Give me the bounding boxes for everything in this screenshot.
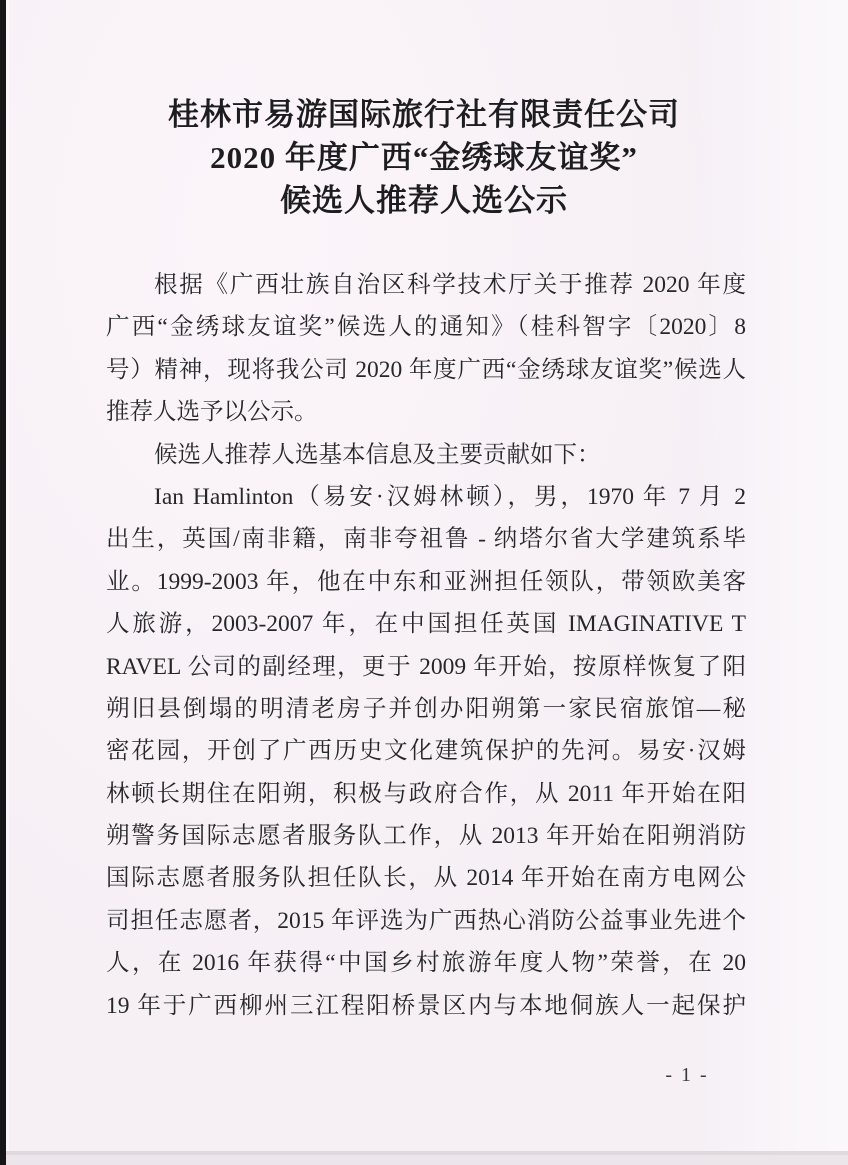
text-line: 根据《广西壮族自治区科学技术厅关于推荐 2020 年度 [106, 264, 746, 306]
page-number: - 1 - [642, 1064, 732, 1087]
text-line: 司担任志愿者，2015 年评选为广西热心消防公益事业先进个 [106, 900, 746, 942]
text-line: 林顿长期住在阳朔，积极与政府合作，从 2011 年开始在阳 [106, 773, 746, 815]
scan-edge-left-highlight [6, 0, 9, 1165]
body-text: 根据《广西壮族自治区科学技术厅关于推荐 2020 年度广西“金绣球友谊奖”候选人… [106, 264, 746, 1027]
text-line: 业。1999-2003 年，他在中东和亚洲担任领队，带领欧美客 [106, 561, 746, 603]
text-line: 密花园，开创了广西历史文化建筑保护的先河。易安·汉姆 [106, 730, 746, 772]
text-line: 朔旧县倒塌的明清老房子并创办阳朔第一家民宿旅馆—秘 [106, 688, 746, 730]
text-line: 国际志愿者服务队担任队长，从 2014 年开始在南方电网公 [106, 857, 746, 899]
scanned-document: { "page": { "paper_color": "#f6f0f5", "t… [0, 0, 848, 1165]
text-line: 号）精神，现将我公司 2020 年度广西“金绣球友谊奖”候选人 [106, 349, 746, 391]
text-line: Ian Hamlinton（易安·汉姆林顿），男，1970 年 7 月 2 [106, 476, 746, 518]
text-line: 广西“金绣球友谊奖”候选人的通知》（桂科智字〔2020〕8 [106, 306, 746, 348]
text-line: 朔警务国际志愿者服务队工作，从 2013 年开始在阳朔消防 [106, 815, 746, 857]
title-line-notice: 候选人推荐人选公示 [20, 179, 828, 222]
text-line: 19 年于广西柳州三江程阳桥景区内与本地侗族人一起保护 [106, 985, 746, 1027]
text-line: 候选人推荐人选基本信息及主要贡献如下： [106, 434, 746, 476]
text-line: 推荐人选予以公示。 [106, 391, 746, 433]
scan-edge-bottom [6, 1155, 848, 1165]
title-line-company: 桂林市易游国际旅行社有限责任公司 [20, 93, 828, 136]
text-line: 人旅游，2003-2007 年，在中国担任英国 IMAGINATIVE T [106, 603, 746, 645]
text-line: 人，在 2016 年获得“中国乡村旅游年度人物”荣誉，在 20 [106, 942, 746, 984]
text-line: 出生，英国/南非籍，南非夸祖鲁 - 纳塔尔省大学建筑系毕 [106, 518, 746, 560]
title-line-award: 2020 年度广西“金绣球友谊奖” [20, 136, 828, 179]
document-title: 桂林市易游国际旅行社有限责任公司 2020 年度广西“金绣球友谊奖” 候选人推荐… [20, 93, 828, 222]
text-line: RAVEL 公司的副经理，更于 2009 年开始，按原样恢复了阳 [106, 646, 746, 688]
